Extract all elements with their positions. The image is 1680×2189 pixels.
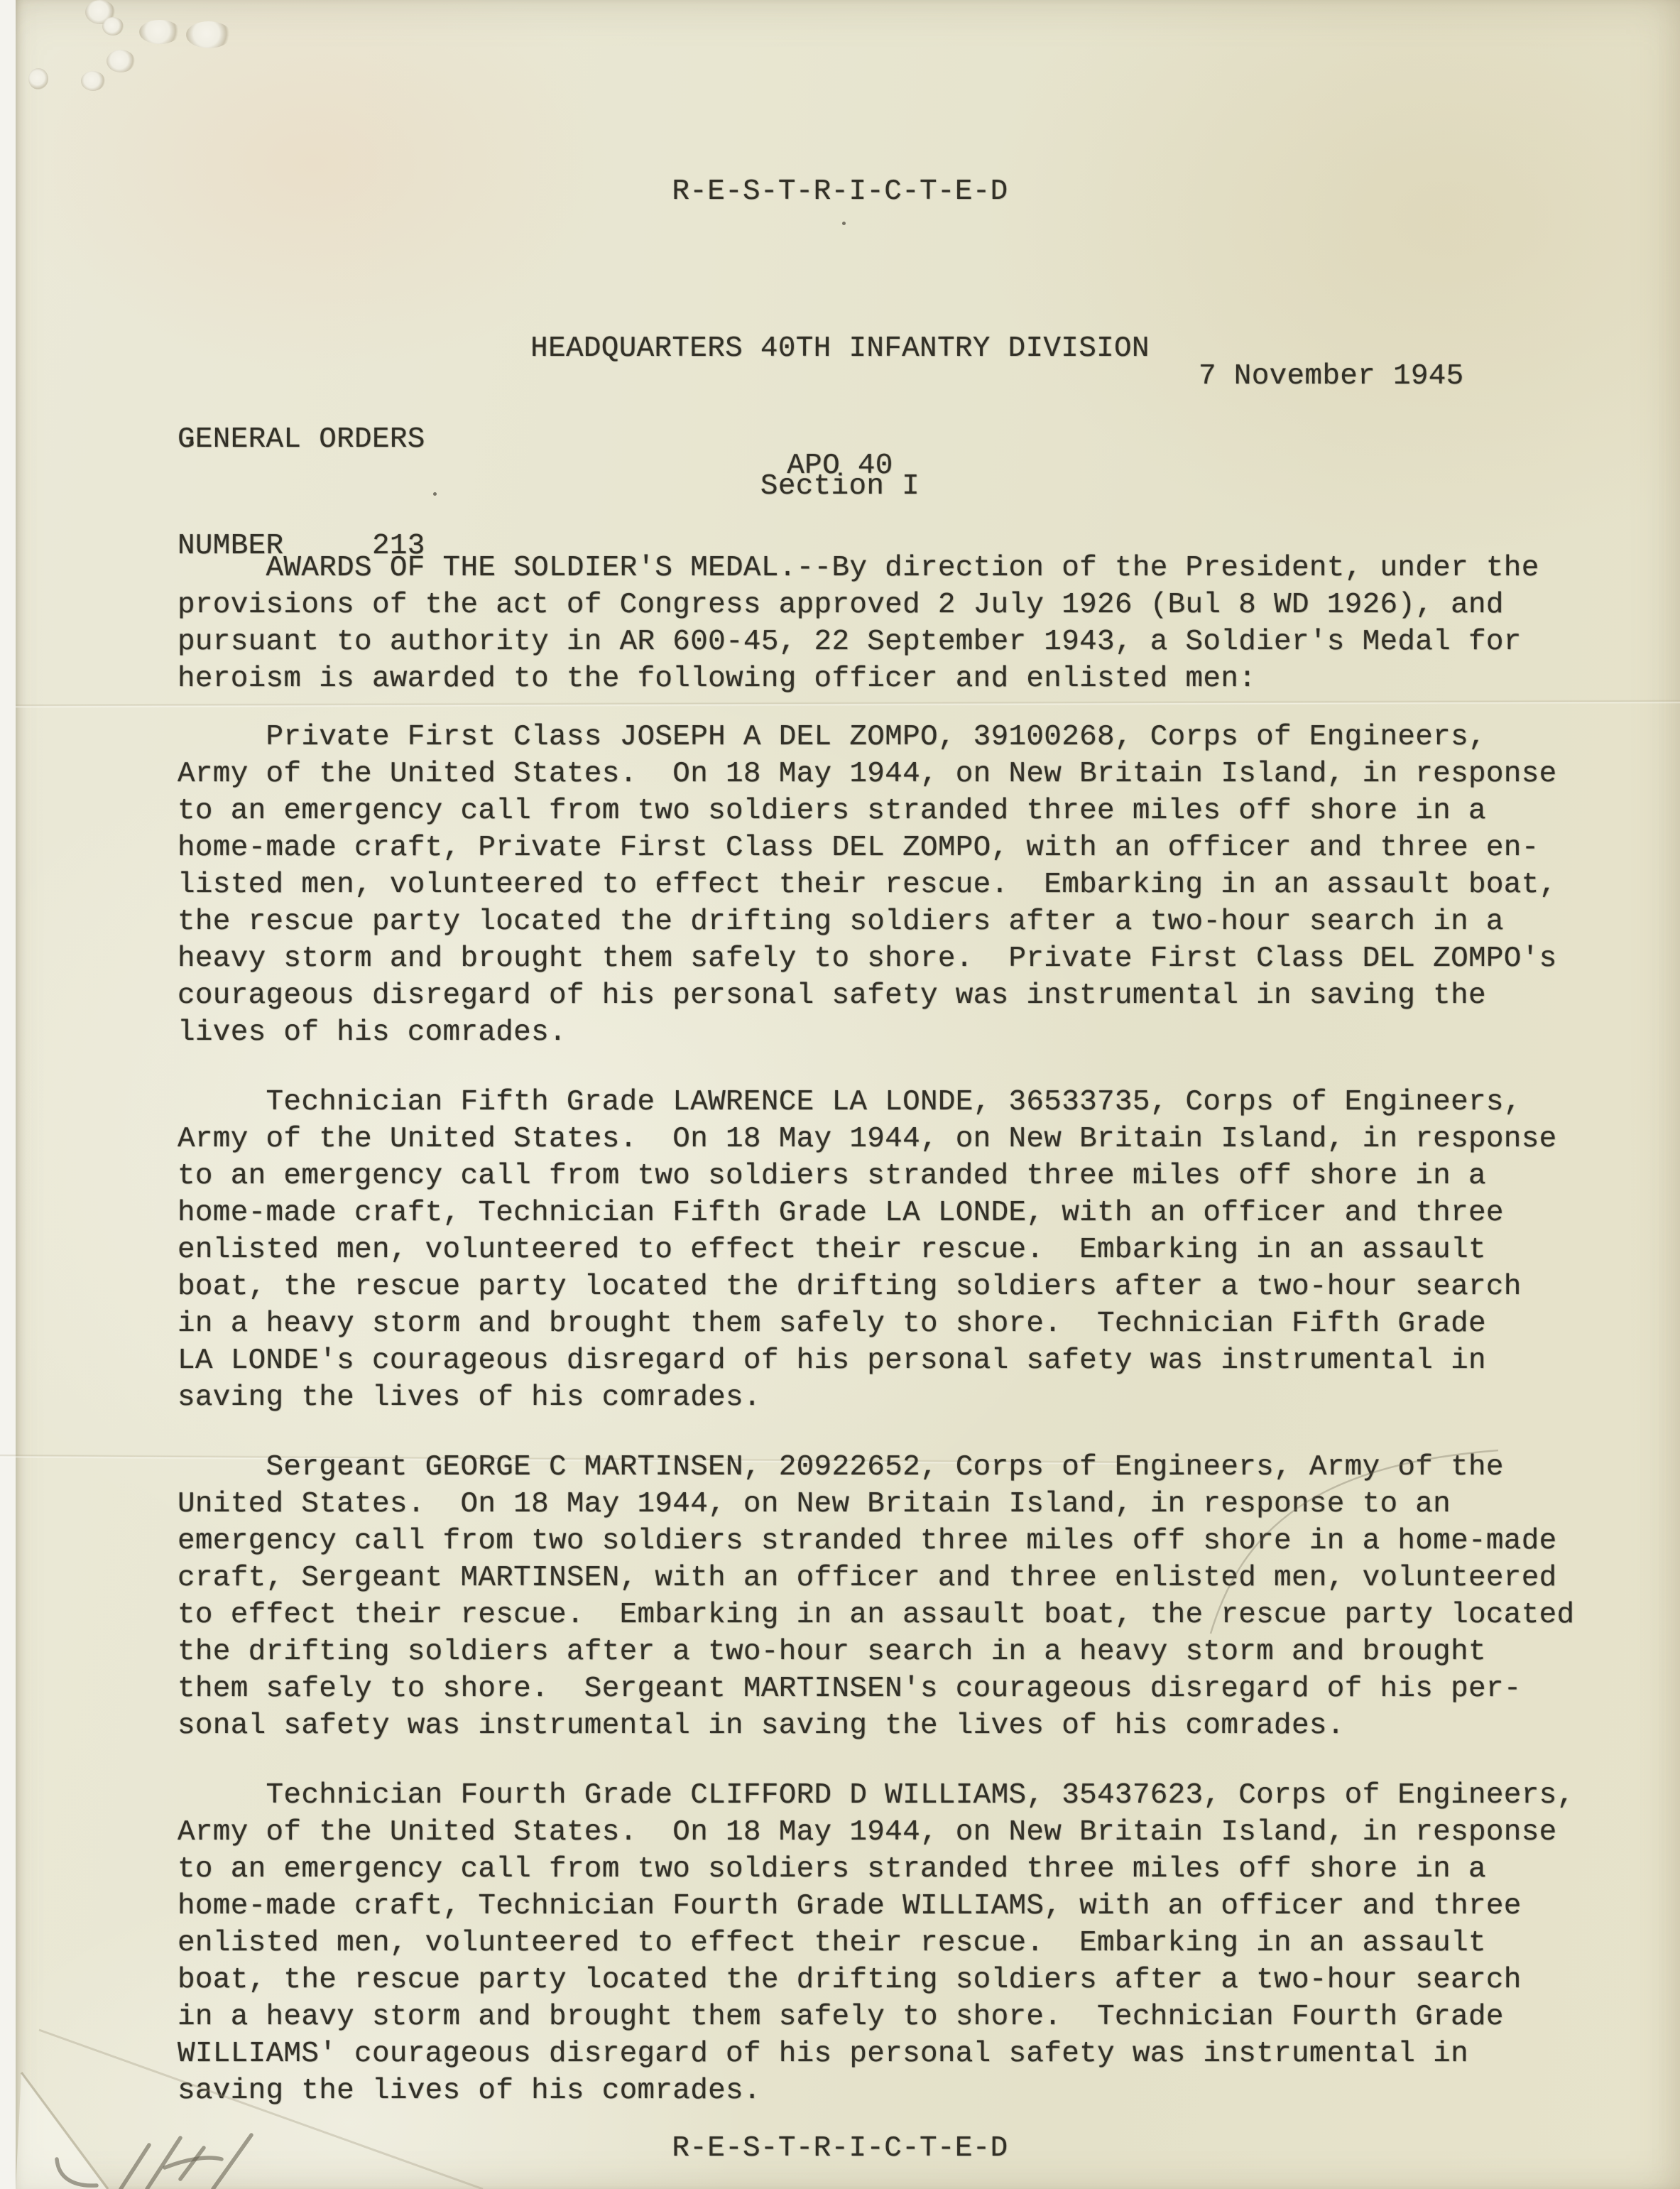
citation-del-zompo: Private First Class JOSEPH A DEL ZOMPO, … xyxy=(178,719,1557,1051)
citation-martinsen: Sergeant GEORGE C MARTINSEN, 20922652, C… xyxy=(178,1449,1574,1744)
citation-williams: Technician Fourth Grade CLIFFORD D WILLI… xyxy=(178,1777,1574,2109)
general-orders-label: GENERAL ORDERS xyxy=(178,422,425,457)
classification-banner-top: R-E-S-T-R-I-C-T-E-D xyxy=(0,173,1680,210)
scanned-document-screenshot: { "document": { "classification_top": "R… xyxy=(0,0,1680,2189)
citation-la-londe: Technician Fifth Grade LAWRENCE LA LONDE… xyxy=(178,1084,1557,1416)
classification-banner-bottom: R-E-S-T-R-I-C-T-E-D xyxy=(0,2130,1680,2167)
date-line: 7 November 1945 xyxy=(1199,358,1464,395)
section-heading: Section I xyxy=(0,468,1680,505)
intro-paragraph: AWARDS OF THE SOLDIER'S MEDAL.--By direc… xyxy=(178,550,1539,697)
